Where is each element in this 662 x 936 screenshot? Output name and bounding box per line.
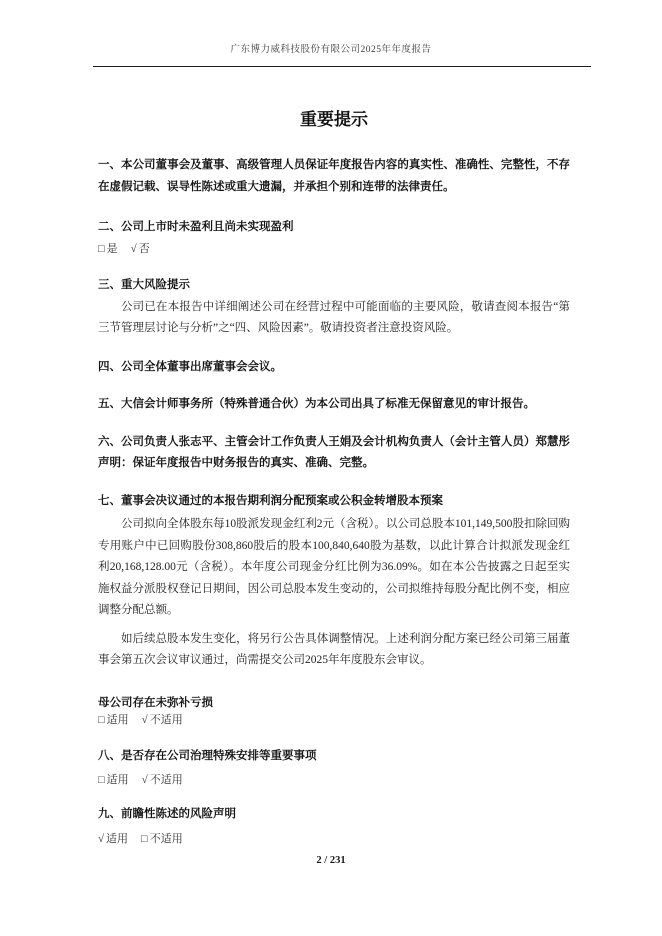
checkbox-unchecked-icon: □ <box>98 714 105 726</box>
section-three-heading: 三、重大风险提示 <box>98 275 570 297</box>
section-eight-choice-row: □适用√不适用 <box>98 770 570 792</box>
section-seven-paragraph-1: 公司拟向全体股东每10股派发现金红利2元（含税）。以公司总股本101,149,5… <box>98 514 570 622</box>
section-three-body: 公司已在本报告中详细阐述公司在经营过程中可能面临的主要风险，敬请查阅本报告“第三… <box>98 297 570 340</box>
section-six-statement: 六、公司负责人张志平、主管会计工作负责人王娟及会计机构负责人（会计主管人员）郑慧… <box>98 432 570 475</box>
choice-option-not-applicable: √不适用 <box>142 774 183 786</box>
checkbox-unchecked-icon: □ <box>98 774 105 786</box>
section-two-heading: 二、公司上市时未盈利且尚未实现盈利 <box>98 217 570 239</box>
page-content: 重要提示 一、本公司董事会及董事、高级管理人员保证年度报告内容的真实性、准确性、… <box>98 100 570 851</box>
section-one-statement: 一、本公司董事会及董事、高级管理人员保证年度报告内容的真实性、准确性、完整性，不… <box>98 155 570 198</box>
section-five-statement: 五、大信会计师事务所（特殊普通合伙）为本公司出具了标准无保留意见的审计报告。 <box>98 394 570 416</box>
choice-label: 是 <box>107 243 118 255</box>
choice-label: 不适用 <box>150 774 183 786</box>
parent-company-loss-choice-row: □适用√不适用 <box>98 710 570 732</box>
checkbox-unchecked-icon: □ <box>98 243 105 255</box>
section-two-choice-row: □是√否 <box>98 239 570 261</box>
section-eight-heading: 八、是否存在公司治理特殊安排等重要事项 <box>98 746 570 768</box>
section-four-statement: 四、公司全体董事出席董事会会议。 <box>98 357 570 379</box>
choice-option-applicable: √适用 <box>98 833 128 845</box>
choice-label: 适用 <box>107 714 129 726</box>
checkmark-icon: √ <box>142 774 148 786</box>
choice-label: 适用 <box>106 833 128 845</box>
section-seven-paragraph-2: 如后续总股本发生变化，将另行公告具体调整情况。上述利润分配方案已经公司第三届董事… <box>98 629 570 672</box>
checkbox-unchecked-icon: □ <box>141 833 148 845</box>
checkmark-icon: √ <box>142 714 148 726</box>
document-page: 广东博力威科技股份有限公司2025年年度报告 重要提示 一、本公司董事会及董事、… <box>0 0 662 936</box>
choice-option-applicable: □适用 <box>98 714 129 726</box>
section-nine-choice-row: √适用□不适用 <box>98 829 570 851</box>
page-number-indicator: 2 / 231 <box>0 855 662 866</box>
report-title-header: 广东博力威科技股份有限公司2025年年度报告 <box>0 44 662 56</box>
choice-option-no: √否 <box>131 243 150 255</box>
choice-option-not-applicable: □不适用 <box>141 833 183 845</box>
header-divider <box>93 66 591 67</box>
page-title: 重要提示 <box>98 108 570 131</box>
choice-option-applicable: □适用 <box>98 774 129 786</box>
choice-label: 适用 <box>107 774 129 786</box>
checkmark-icon: √ <box>98 833 104 845</box>
choice-option-yes: □是 <box>98 243 118 255</box>
section-seven-heading: 七、董事会决议通过的本报告期利润分配预案或公积金转增股本预案 <box>98 491 570 513</box>
choice-label: 不适用 <box>150 714 183 726</box>
checkmark-icon: √ <box>131 243 137 255</box>
choice-label: 否 <box>139 243 150 255</box>
section-nine-heading: 九、前瞻性陈述的风险声明 <box>98 804 570 826</box>
choice-label: 不适用 <box>150 833 183 845</box>
choice-option-not-applicable: √不适用 <box>142 714 183 726</box>
